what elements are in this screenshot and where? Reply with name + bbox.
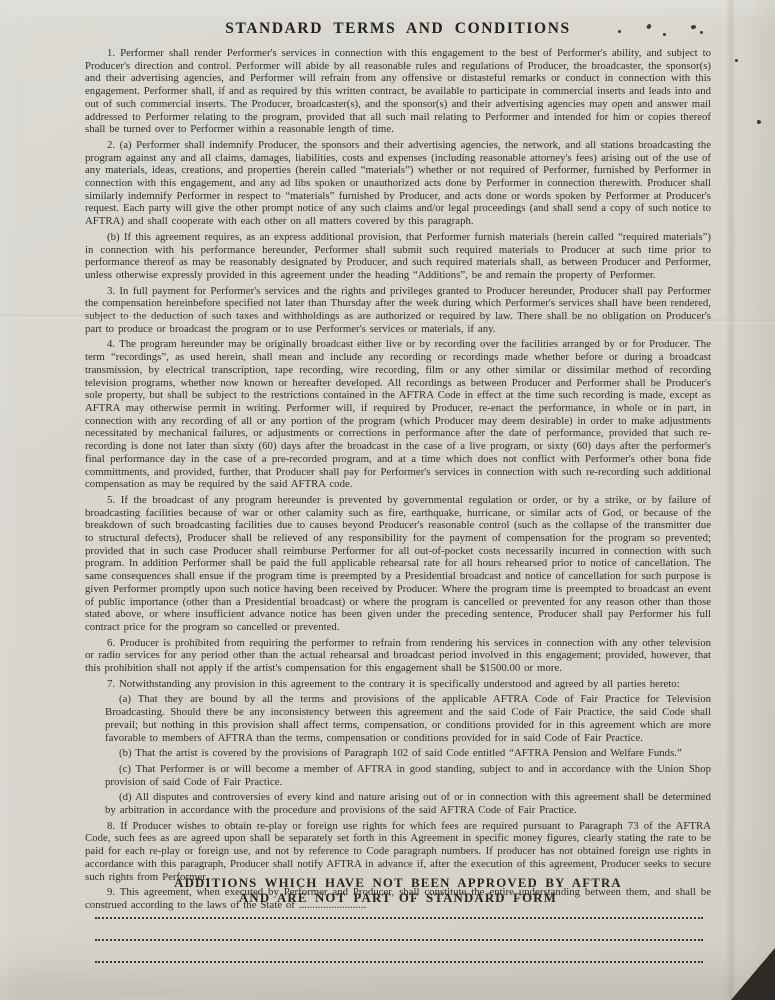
document-body: STANDARD TERMS AND CONDITIONS 1. Perform… [85,20,711,915]
paper-crease-vertical [726,0,736,1000]
paragraph-2a: 2. (a) Performer shall indemnify Produce… [85,139,711,228]
additions-heading-line1: ADDITIONS WHICH HAVE NOT BEEN APPROVED B… [85,876,711,891]
paragraph-7c: (c) That Performer is or will become a m… [105,763,711,788]
ink-speck [700,31,703,34]
scanned-contract-page: STANDARD TERMS AND CONDITIONS 1. Perform… [0,0,775,1000]
paragraph-1: 1. Performer shall render Performer's se… [85,47,711,136]
paragraph-8: 8. If Producer wishes to obtain re-play … [85,820,711,884]
blank-ruled-line-1 [95,917,703,919]
paragraph-7d: (d) All disputes and controversies of ev… [105,791,711,816]
ink-speck [618,30,621,33]
additions-heading-line2: AND ARE NOT PART OF STANDARD FORM [85,891,711,906]
terms-text: 1. Performer shall render Performer's se… [85,47,711,912]
paragraph-7b: (b) That the artist is covered by the pr… [105,747,711,760]
paragraph-7: 7. Notwithstanding any provision in this… [85,678,711,691]
paragraph-5: 5. If the broadcast of any program hereu… [85,494,711,634]
ink-speck [663,33,666,36]
additions-heading: ADDITIONS WHICH HAVE NOT BEEN APPROVED B… [85,876,711,905]
page-title: STANDARD TERMS AND CONDITIONS [85,20,711,38]
blank-ruled-line-3 [95,961,703,963]
paragraph-7a: (a) That they are bound by all the terms… [105,693,711,744]
blank-ruled-line-2 [95,939,703,941]
ink-speck [757,120,761,124]
ink-speck [735,59,738,62]
paragraph-2b: (b) If this agreement requires, as an ex… [85,231,711,282]
paragraph-4: 4. The program hereunder may be original… [85,338,711,490]
paragraph-6: 6. Producer is prohibited from requiring… [85,637,711,675]
paragraph-3: 3. In full payment for Performer's servi… [85,285,711,336]
page-corner-fold [731,948,775,1000]
